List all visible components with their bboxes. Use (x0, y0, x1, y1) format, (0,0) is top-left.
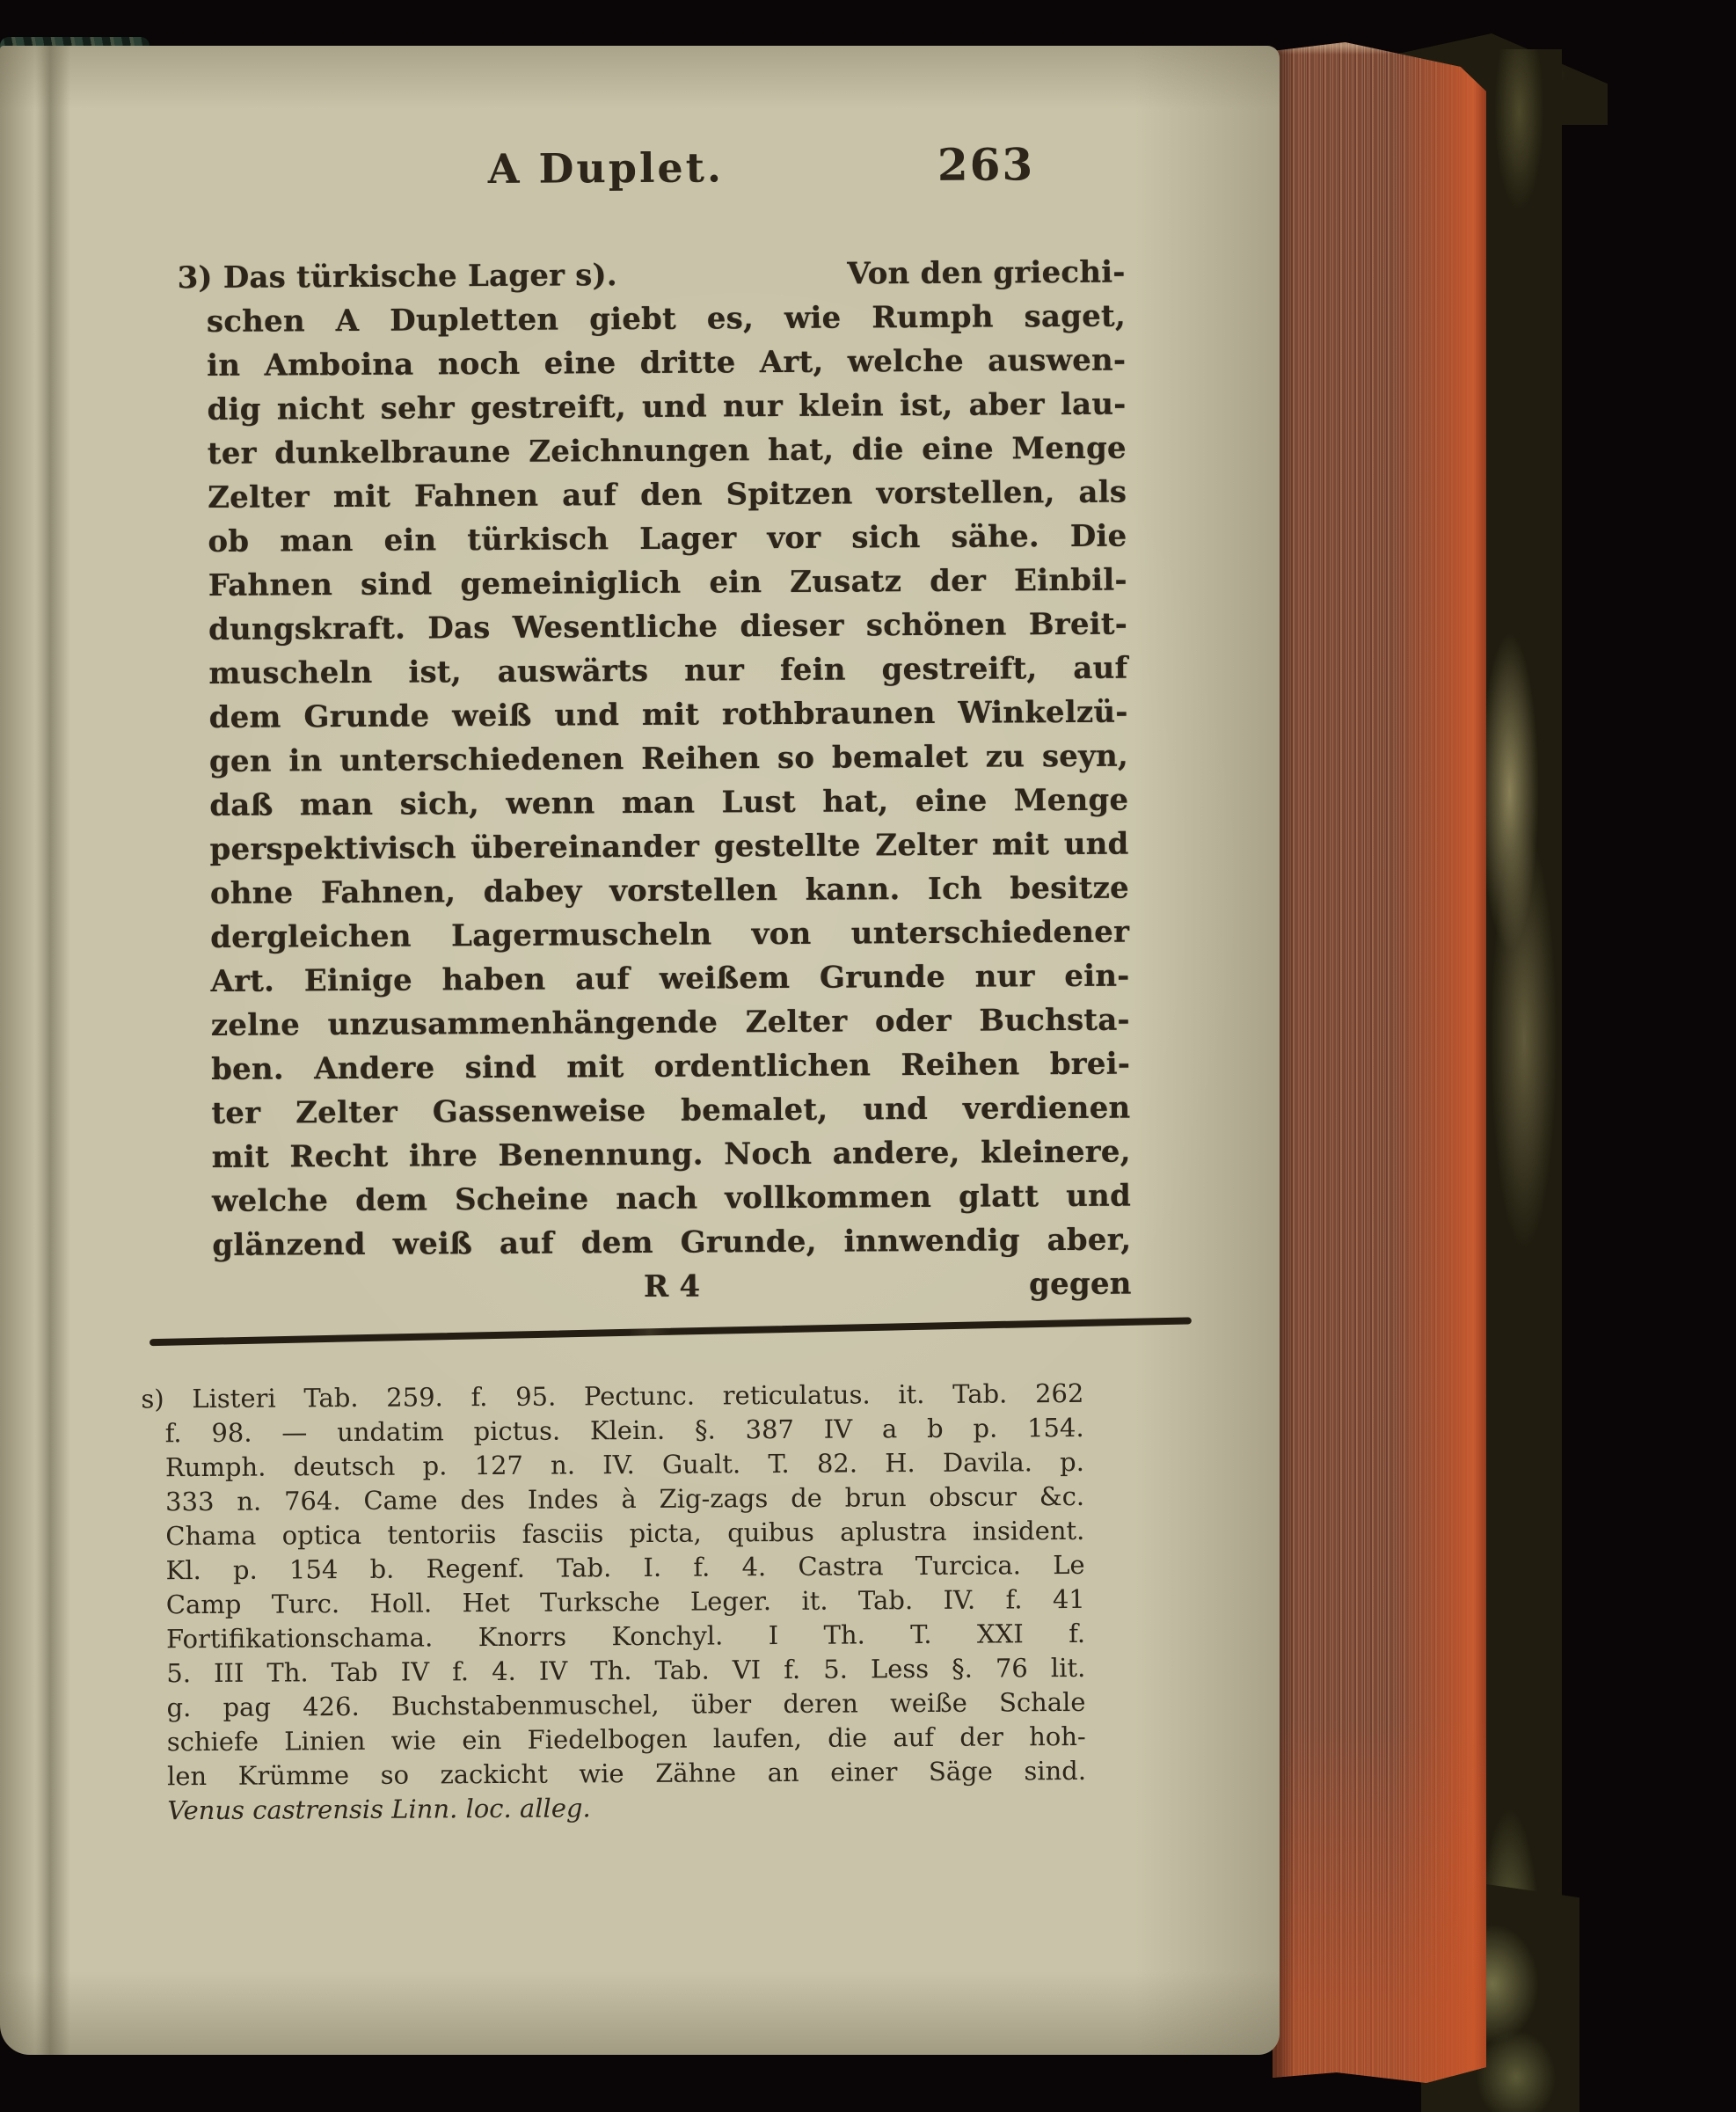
signature-row: R 4 gegen (212, 1262, 1131, 1312)
catchword: gegen (1029, 1262, 1132, 1307)
body-line: schen A Dupletten giebt es, wie Rumph sa… (207, 295, 1126, 344)
footnote-line: Camp Turc. Holl. Het Turksche Leger. it.… (166, 1582, 1085, 1622)
body-line: dungskraft. Das Wesentliche dieser schön… (208, 603, 1127, 652)
page-block-fore-edge (1273, 42, 1486, 2086)
body-line: dergleichen Lagermuscheln von unterschie… (210, 910, 1129, 960)
body-line: 3) Das türkische Lager s). Von den griec… (177, 251, 1125, 301)
body-line: muscheln ist, auswärts nur fein gestreif… (208, 647, 1127, 696)
body-line: ohne Fahnen, dabey vorstellen kann. Ich … (210, 866, 1129, 916)
footnote-line: Fortifikationschama. Knorrs Konchyl. I T… (166, 1617, 1085, 1656)
footnote-line: 333 n. 764. Came des Indes à Zig-zags de… (165, 1480, 1084, 1519)
footnote-line: Kl. p. 154 b. Regenf. Tab. I. f. 4. Cast… (165, 1548, 1084, 1588)
body-line: Art. Einige haben auf weißem Grunde nur … (210, 954, 1129, 1004)
footnote-line: g. pag 426. Buchstabenmuschel, über dere… (166, 1685, 1085, 1725)
footnote-separator-rule (150, 1317, 1192, 1346)
body-line: Fahnen sind gemeiniglich ein Zusatz der … (208, 559, 1127, 608)
body-line: mit Recht ihre Benennung. Noch andere, k… (212, 1130, 1131, 1180)
body-line: zelne unzusammenhängende Zelter oder Buc… (211, 998, 1130, 1048)
body-line: dem Grunde weiß und mit rothbraunen Wink… (209, 691, 1128, 740)
body-line: dig nicht sehr gestreift, und nur klein … (207, 383, 1126, 432)
footnote-block: s) Listeri Tab. 259. f. 95. Pectunc. ret… (164, 1377, 1086, 1828)
body-line: ter dunkelbraune Zeichnungen hat, die ei… (208, 427, 1127, 476)
book-scan: A Duplet. 263 3) Das türkische Lager s).… (0, 0, 1736, 2112)
footnote-line: Venus castrensis Linn. loc. alleg. (167, 1788, 1086, 1828)
body-line: ben. Andere sind mit ordentlichen Reihen… (211, 1042, 1130, 1092)
body-line: daß man sich, wenn man Lust hat, eine Me… (209, 778, 1128, 828)
signature-mark: R 4 (644, 1265, 701, 1309)
body-line: ter Zelter Gassenweise bemalet, und verd… (211, 1086, 1130, 1136)
body-line: glänzend weiß auf dem Grunde, innwendig … (212, 1218, 1131, 1268)
body-line: ob man ein türkisch Lager vor sich sähe.… (208, 515, 1127, 564)
footnote-line: Chama optica tentoriis fasciis picta, qu… (165, 1514, 1084, 1553)
paragraph-number-and-lead: 3) Das türkische Lager s). (177, 253, 617, 300)
body-line: Zelter mit Fahnen auf den Spitzen vorste… (208, 471, 1127, 520)
footnote-line: len Krümme so zackicht wie Zähne an eine… (167, 1754, 1086, 1794)
body-line: welche dem Scheine nach vollkommen glatt… (212, 1174, 1131, 1224)
footnote-line: s) Listeri Tab. 259. f. 95. Pectunc. ret… (164, 1377, 1083, 1416)
footnote-line: 5. III Th. Tab IV f. 4. IV Th. Tab. VI f… (166, 1651, 1085, 1691)
main-text-block: 3) Das türkische Lager s). Von den griec… (206, 251, 1131, 1312)
body-line: in Amboina noch eine dritte Art, welche … (207, 339, 1126, 388)
body-line: gen in unterschiedenen Reihen so bemalet… (209, 734, 1128, 784)
footnote-line: Rumph. deutsch p. 127 n. IV. Gualt. T. 8… (165, 1445, 1084, 1485)
body-line: perspektivisch übereinander gestellte Ze… (209, 822, 1128, 872)
footnote-line: schiefe Linien wie ein Fiedelbogen laufe… (167, 1720, 1086, 1759)
page-text-layer: A Duplet. 263 3) Das türkische Lager s).… (0, 42, 1286, 2059)
footnote-line: f. 98. — undatim pictus. Klein. §. 387 I… (165, 1411, 1084, 1451)
running-head: A Duplet. (430, 143, 782, 193)
page-number: 263 (937, 138, 1035, 191)
book-page: A Duplet. 263 3) Das türkische Lager s).… (0, 46, 1280, 2055)
paragraph-lead-continuation: Von den griechi- (847, 251, 1126, 296)
